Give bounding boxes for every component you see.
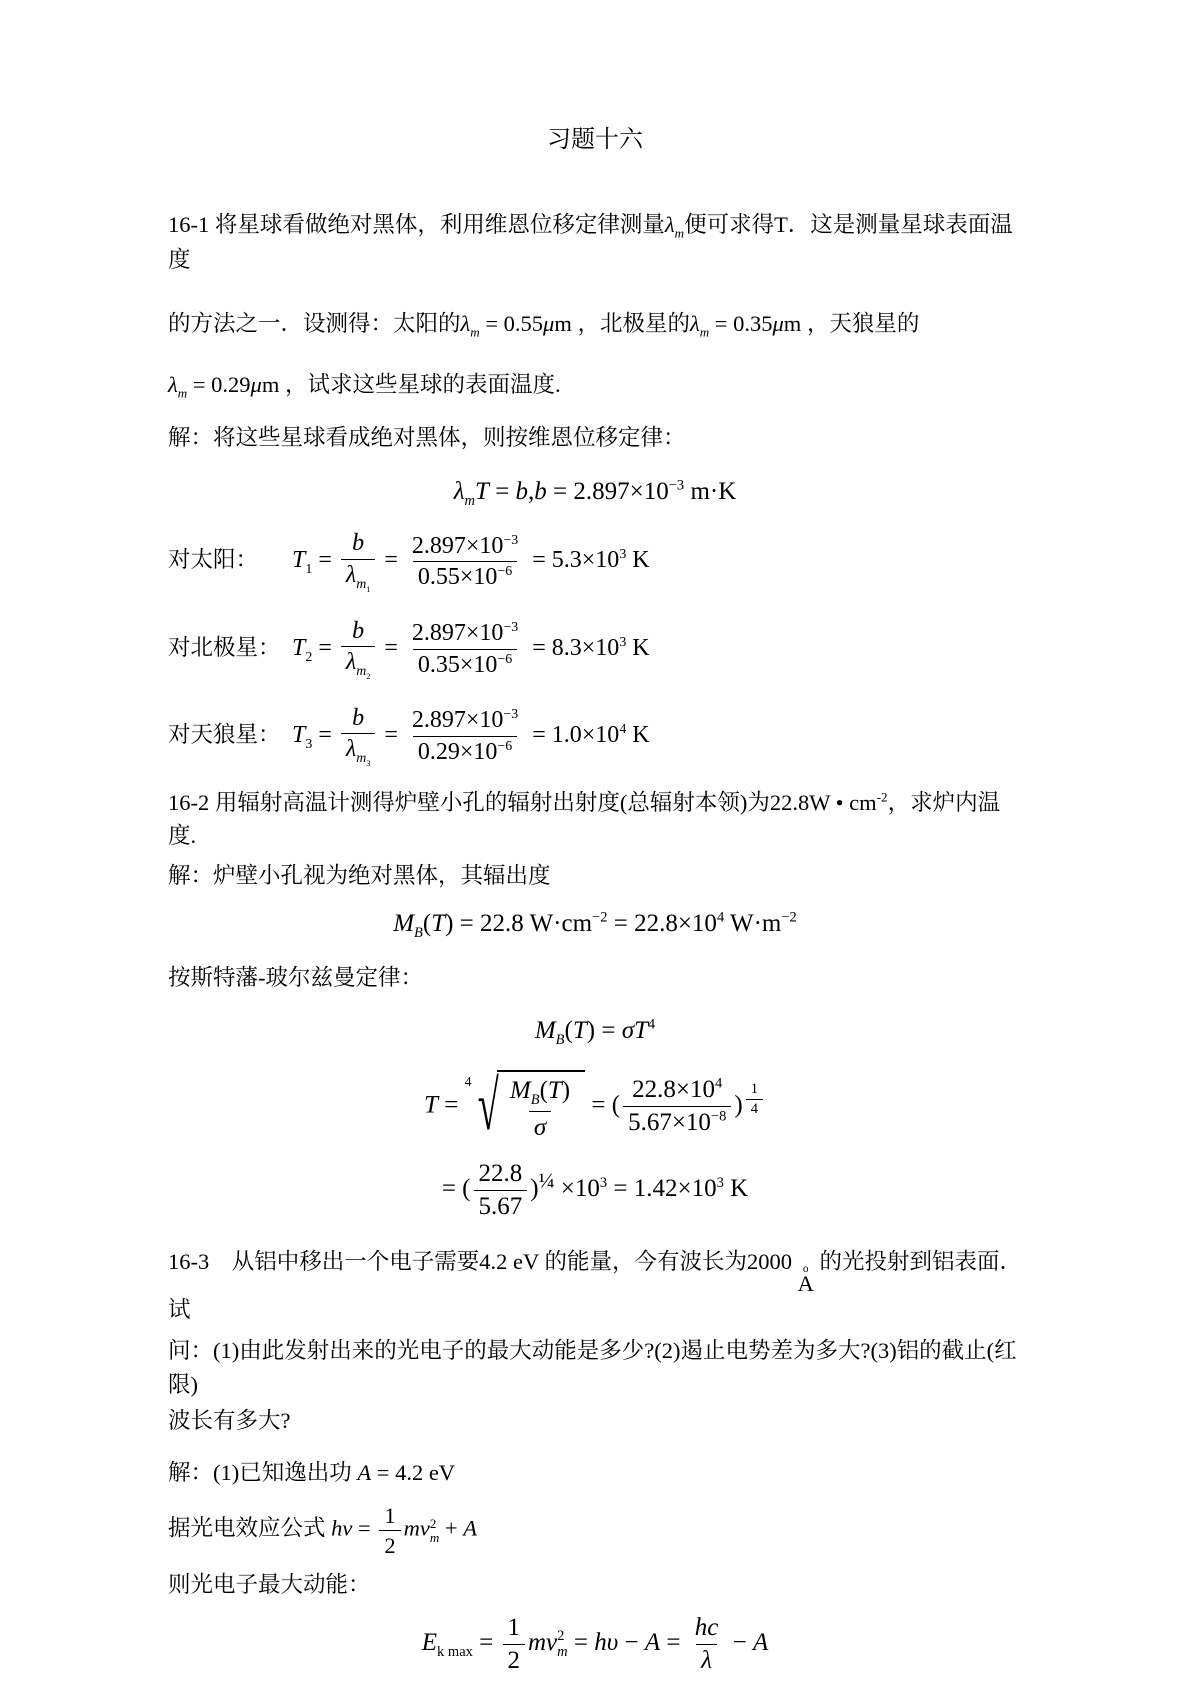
eq-temperature-result: = (22.85.67)¼ ×103 = 1.42×103 K [168, 1158, 1022, 1223]
fraction: 2.897×10−30.35×10−6 [407, 618, 523, 681]
fraction: 12 [379, 1501, 400, 1560]
fraction: 2.897×10−30.55×10−6 [407, 531, 523, 594]
fraction: 22.8×1045.67×10−8 [623, 1074, 731, 1139]
fraction: 12 [503, 1612, 526, 1677]
eq-sun-temperature: 对太阳：T1 = bλm1 = 2.897×10−30.55×10−6 = 5.… [168, 528, 1022, 595]
problem-16-3-statement-line-3: 波长有多大? [168, 1404, 1022, 1438]
fraction: hcλ [690, 1612, 724, 1677]
problem-16-1-statement-line-3: λm = 0.29μm ，试求这些星球的表面温度. [168, 368, 1022, 403]
angstrom-symbol: oA [798, 1264, 814, 1293]
eq-wien-law: λmT = b,b = 2.897×10−3 m·K [168, 473, 1022, 513]
solution-16-3-work-function: 解：(1)已知逸出功 A = 4.2 eV [168, 1456, 1022, 1490]
radical: 4√MB(T)σ [465, 1070, 586, 1143]
eq-sirius-temperature: 对天狼星：T3 = bλm3 = 2.897×10−30.29×10−6 = 1… [168, 703, 1022, 770]
max-kinetic-energy-intro: 则光电子最大动能： [168, 1568, 1022, 1602]
fraction: 14 [746, 1080, 763, 1120]
page-title: 习题十六 [168, 122, 1022, 158]
solution-16-2-intro: 解：炉壁小孔视为绝对黑体，其辐出度 [168, 859, 1022, 893]
document-body: 16-1 将星球看做绝对黑体，利用维恩位移定律测量λm便可求得T．这是测量星球表… [168, 208, 1022, 1677]
photoelectric-formula-line: 据光电效应公式 hv = 12mv2m + A [168, 1501, 1022, 1560]
fraction: bλm3 [341, 703, 375, 770]
problem-16-2-statement: 16-2 用辐射高温计测得炉壁小孔的辐射出射度(总辐射本领)为22.8W • c… [168, 786, 1022, 854]
eq-max-kinetic-energy: Ek max = 12mv2m = hυ − A = hcλ − A [168, 1612, 1022, 1677]
fraction: 22.85.67 [474, 1158, 528, 1223]
eq-stefan-boltzmann-law: MB(T) = σT4 [168, 1012, 1022, 1052]
document-page: 习题十六 16-1 将星球看做绝对黑体，利用维恩位移定律测量λm便可求得T．这是… [0, 0, 1190, 1683]
radical-sign-icon: √ [478, 1082, 499, 1132]
problem-16-1-statement-line-1: 16-1 将星球看做绝对黑体，利用维恩位移定律测量λm便可求得T．这是测量星球表… [168, 208, 1022, 277]
problem-16-1-statement-line-2: 的方法之一．设测得：太阳的λm = 0.55μm ，北极星的λm = 0.35μ… [168, 307, 1022, 342]
problem-16-3-statement-line-1: 16-3 从铝中移出一个电子需要4.2 eV 的能量，今有波长为2000 oA … [168, 1245, 1022, 1327]
eq-polaris-temperature: 对北极星：T2 = bλm2 = 2.897×10−30.35×10−6 = 8… [168, 616, 1022, 683]
solution-16-1-intro: 解：将这些星球看成绝对黑体，则按维恩位移定律： [168, 421, 1022, 455]
fraction: bλm1 [341, 528, 375, 595]
stefan-boltzmann-intro: 按斯特藩-玻尔兹曼定律： [168, 961, 1022, 995]
problem-16-3-statement-line-2: 问：(1)由此发射出来的光电子的最大动能是多少?(2)遏止电势差为多大?(3)铝… [168, 1334, 1022, 1402]
fraction: MB(T)σ [505, 1075, 575, 1143]
eq-temperature-fourth-root: T = 4√MB(T)σ = (22.8×1045.67×10−8)14 [168, 1070, 1022, 1143]
eq-radiant-exitance-value: MB(T) = 22.8 W·cm−2 = 22.8×104 W·m−2 [168, 905, 1022, 945]
fraction: 2.897×10−30.29×10−6 [407, 705, 523, 768]
fraction: bλm2 [341, 616, 375, 683]
